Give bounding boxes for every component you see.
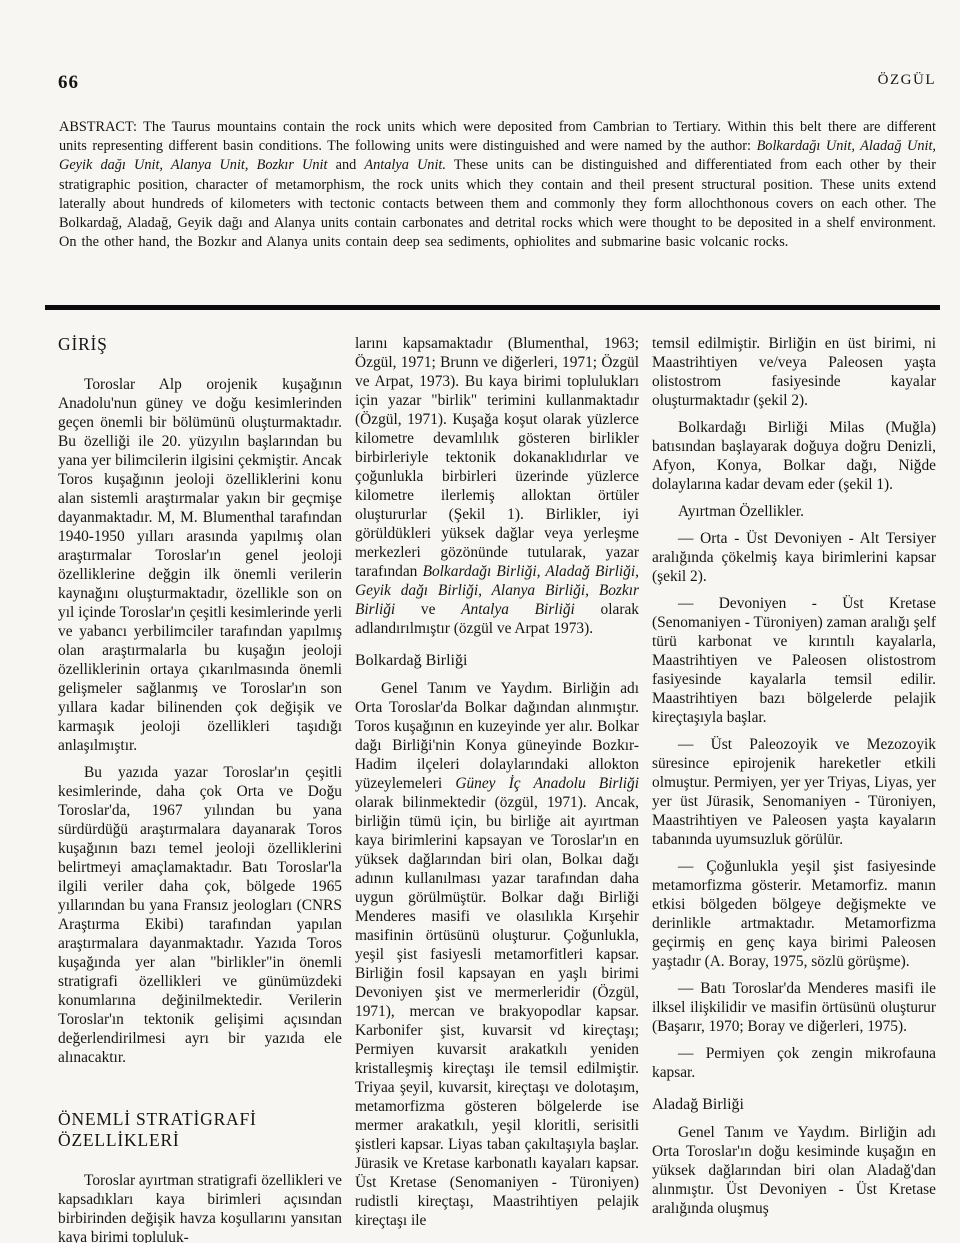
paragraph: Ayırtman Özellikler. bbox=[652, 502, 936, 521]
text-run: temsil edilmiştir. Birliğin en üst birim… bbox=[652, 335, 936, 409]
section-heading: ÖNEMLİ STRATİGRAFİ ÖZELLİKLERİ bbox=[58, 1109, 342, 1151]
paragraph: — Orta - Üst Devoniyen - Alt Tersiyer ar… bbox=[652, 529, 936, 586]
paragraph: larını kapsamaktadır (Blumenthal, 1963; … bbox=[355, 334, 639, 638]
column-3: temsil edilmiştir. Birliğin en üst birim… bbox=[652, 334, 936, 1243]
text-run: Aladağ Birliği bbox=[652, 1096, 744, 1113]
paragraph: Bolkardağı Birliği Milas (Muğla) batısın… bbox=[652, 418, 936, 494]
section-divider bbox=[45, 305, 940, 310]
paragraph: — Üst Paleozoyik ve Mezozoyik süresince … bbox=[652, 735, 936, 849]
text-run: Toroslar ayırtman stratigrafi özellikler… bbox=[58, 1172, 342, 1243]
paragraph: Bu yazıda yazar Toroslar'ın çeşitli kesi… bbox=[58, 763, 342, 1067]
paragraph: Toroslar Alp orojenik kuşağının Anadolu'… bbox=[58, 375, 342, 755]
text-run: larını kapsamaktadır (Blumenthal, 1963; … bbox=[355, 335, 639, 580]
paragraph: Genel Tanım ve Yaydım. Birliğin adı Orta… bbox=[355, 679, 639, 1230]
text-run: Toroslar Alp orojenik kuşağının Anadolu'… bbox=[58, 376, 342, 754]
section-subheading: Aladağ Birliği bbox=[652, 1095, 936, 1115]
italic-text-run: Güney İç Anadolu Birliği bbox=[455, 775, 639, 792]
paragraph: — Çoğunlukla yeşil şist fasiyesinde meta… bbox=[652, 857, 936, 971]
text-run: and bbox=[327, 157, 364, 173]
text-run: — Orta - Üst Devoniyen - Alt Tersiyer ar… bbox=[652, 530, 936, 585]
text-run: — Permiyen çok zengin mikrofauna kapsar. bbox=[652, 1045, 936, 1081]
paragraph: temsil edilmiştir. Birliğin en üst birim… bbox=[652, 334, 936, 410]
text-run: GİRİŞ bbox=[58, 334, 108, 354]
text-run: — Batı Toroslar'da Menderes masifi ile i… bbox=[652, 980, 936, 1035]
section-subheading: Bolkardağ Birliği bbox=[355, 651, 639, 671]
text-run: — Devoniyen - Üst Kretase (Senomaniyen -… bbox=[652, 595, 936, 726]
text-run: — Çoğunlukla yeşil şist fasiyesinde meta… bbox=[652, 858, 936, 970]
text-run: ve bbox=[395, 601, 461, 618]
text-columns: GİRİŞToroslar Alp orojenik kuşağının Ana… bbox=[58, 334, 936, 1243]
italic-text-run: Antalya Unit. bbox=[364, 157, 446, 173]
text-run: Bu yazıda yazar Toroslar'ın çeşitli kesi… bbox=[58, 764, 342, 1066]
text-run: — Üst Paleozoyik ve Mezozoyik süresince … bbox=[652, 736, 936, 848]
column-1: GİRİŞToroslar Alp orojenik kuşağının Ana… bbox=[58, 334, 342, 1243]
paragraph: — Batı Toroslar'da Menderes masifi ile i… bbox=[652, 979, 936, 1036]
page-number: 66 bbox=[58, 72, 79, 94]
abstract-paragraph: ABSTRACT: The Taurus mountains contain t… bbox=[59, 118, 936, 252]
italic-text-run: Antalya Birliği bbox=[461, 601, 575, 618]
paper-page: 66 ÖZGÜL ABSTRACT: The Taurus mountains … bbox=[0, 0, 960, 1243]
text-run: Genel Tanım ve Yaydım. Birliğin adı Orta… bbox=[652, 1124, 936, 1217]
text-run: Bolkardağ Birliği bbox=[355, 652, 467, 669]
text-run: ÖNEMLİ STRATİGRAFİ ÖZELLİKLERİ bbox=[58, 1109, 257, 1150]
section-heading: GİRİŞ bbox=[58, 334, 342, 355]
text-run: olarak bilinmektedir (özgül, 1971). Anca… bbox=[355, 794, 639, 1229]
column-2: larını kapsamaktadır (Blumenthal, 1963; … bbox=[355, 334, 639, 1243]
text-run: Ayırtman Özellikler. bbox=[678, 503, 804, 520]
text-run: Bolkardağı Birliği Milas (Muğla) batısın… bbox=[652, 419, 936, 493]
paragraph: — Devoniyen - Üst Kretase (Senomaniyen -… bbox=[652, 594, 936, 727]
paragraph: Toroslar ayırtman stratigrafi özellikler… bbox=[58, 1171, 342, 1243]
paragraph: Genel Tanım ve Yaydım. Birliğin adı Orta… bbox=[652, 1123, 936, 1218]
running-head: ÖZGÜL bbox=[878, 72, 936, 89]
paragraph: — Permiyen çok zengin mikrofauna kapsar. bbox=[652, 1044, 936, 1082]
